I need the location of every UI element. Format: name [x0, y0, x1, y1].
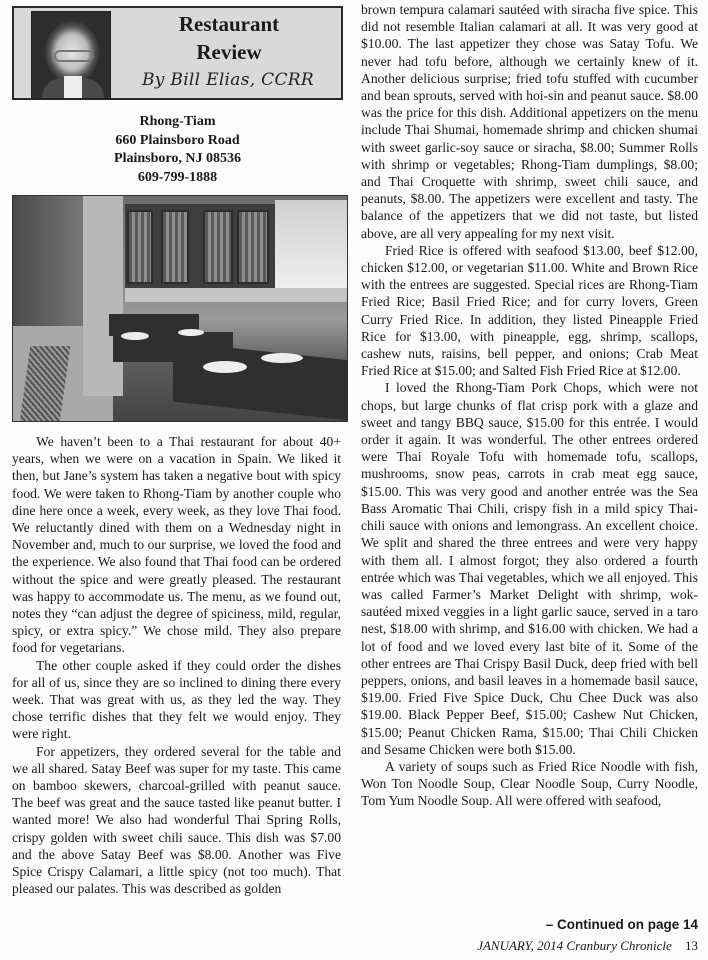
restaurant-city: Plainsboro, NJ 08536 [12, 150, 343, 169]
paragraph: The other couple asked if they could ord… [12, 657, 341, 743]
paragraph: I loved the Rhong-Tiam Pork Chops, which… [361, 379, 698, 757]
column-title: Restaurant Review [114, 10, 344, 66]
paragraph: brown tempura calamari sautéed with sira… [361, 1, 698, 242]
photo-panel [237, 210, 269, 284]
column-title-line2: Review [114, 38, 344, 66]
column-title-line1: Restaurant [114, 10, 344, 38]
photo-collar [64, 76, 82, 99]
column-header-box: Restaurant Review By Bill Elias, CCRR [12, 6, 343, 100]
paragraph: For appetizers, they ordered several for… [12, 743, 341, 898]
author-photo [31, 11, 111, 99]
restaurant-phone: 609-799-1888 [12, 169, 343, 188]
photo-panel [127, 210, 153, 284]
byline: By Bill Elias, CCRR [114, 70, 342, 90]
photo-plate [203, 361, 247, 373]
photo-panel [203, 210, 233, 284]
continued-link[interactable]: – Continued on page 14 [546, 917, 698, 932]
page-number: 13 [685, 938, 698, 953]
photo-panel [161, 210, 189, 284]
photo-pillar [83, 196, 123, 396]
paragraph: We haven’t been to a Thai restaurant for… [12, 433, 341, 657]
article-body-right: brown tempura calamari sautéed with sira… [361, 1, 698, 810]
restaurant-name: Rhong-Tiam [12, 113, 343, 132]
restaurant-street: 660 Plainsboro Road [12, 132, 343, 151]
publication-info: JANUARY, 2014 Cranbury Chronicle [477, 938, 672, 953]
photo-plate [121, 332, 149, 340]
photo-plate [261, 353, 303, 363]
restaurant-address-block: Rhong-Tiam 660 Plainsboro Road Plainsbor… [12, 113, 343, 187]
photo-glasses [54, 50, 94, 62]
photo-plate [178, 329, 204, 336]
photo-ledge [125, 288, 348, 302]
restaurant-interior-photo [12, 195, 348, 422]
page-footer: JANUARY, 2014 Cranbury Chronicle 13 [477, 938, 698, 954]
article-body-left: We haven’t been to a Thai restaurant for… [12, 433, 341, 897]
photo-bright-window [275, 200, 347, 290]
photo-table [173, 342, 348, 420]
paragraph: Fried Rice is offered with seafood $13.0… [361, 242, 698, 380]
paragraph: A variety of soups such as Fried Rice No… [361, 758, 698, 810]
